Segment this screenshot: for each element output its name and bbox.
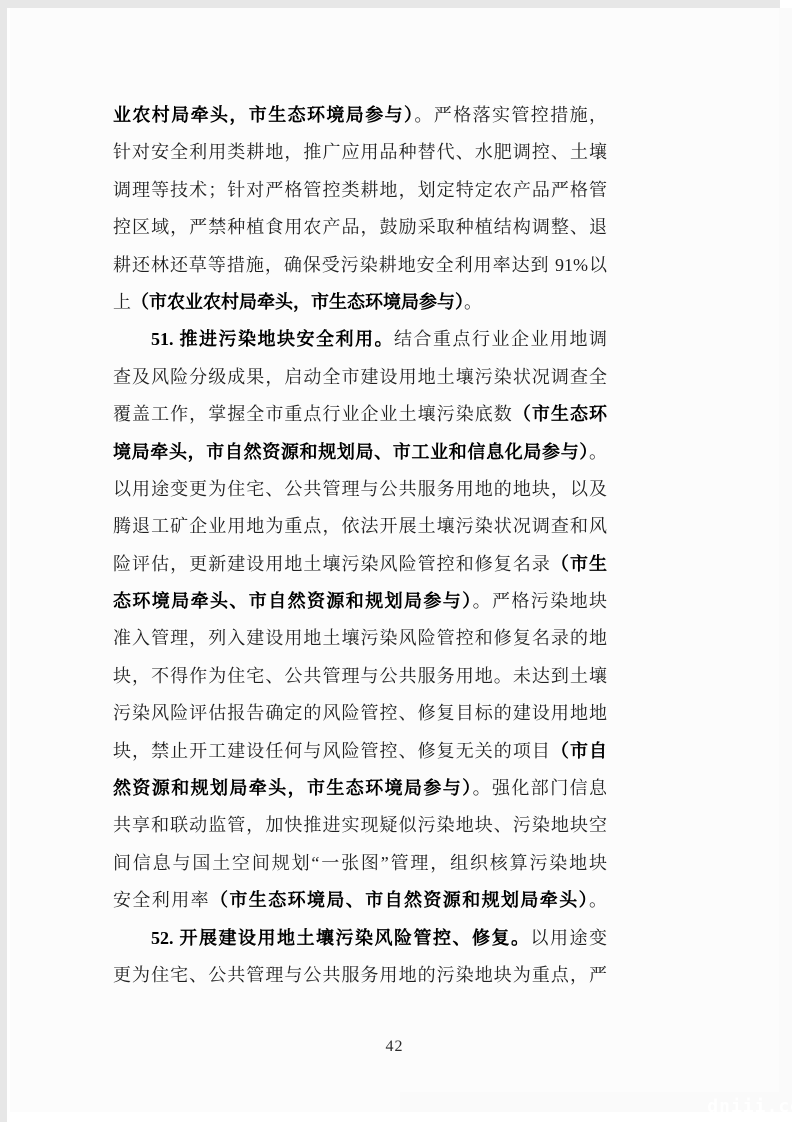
text-run: 块，禁止开工建设任何与风险管控、修复无关的项目 xyxy=(113,741,551,761)
page-number: 42 xyxy=(10,1038,779,1056)
text-line-5: 耕还林还草等措施，确保受污染耕地安全利用率达到 91%以 xyxy=(113,247,607,284)
text-line-14: 态环境局牵头、市自然资源和规划局参与）。严格污染地块 xyxy=(113,583,607,620)
text-run: 以用途变更为住宅、公共管理与公共服务用地的地块，以及 xyxy=(113,479,607,499)
text-run: 安全利用率 xyxy=(113,890,210,910)
document-viewport: 业农村局牵头，市生态环境局参与）。严格落实管控措施，针对安全利用类耕地，推广应用… xyxy=(0,0,792,1122)
bold-text-run: （市生态环境局、市自然资源和规划局牵头） xyxy=(210,890,589,910)
text-line-8: 查及风险分级成果，启动全市建设用地土壤污染状况调查全 xyxy=(113,359,607,396)
text-run: 更为住宅、公共管理与公共服务用地的污染地块为重点，严 xyxy=(113,965,607,985)
text-line-9: 覆盖工作，掌握全市重点行业企业土壤污染底数（市生态环 xyxy=(113,396,607,433)
bold-text-run: 52. 开展建设用地土壤污染风险管控、修复。 xyxy=(151,928,531,948)
bold-text-run: 然资源和规划局牵头，市生态环境局参与） xyxy=(113,778,473,798)
text-line-4: 控区域，严禁种植食用农产品，鼓励采取种植结构调整、退 xyxy=(113,209,607,246)
document-page: 业农村局牵头，市生态环境局参与）。严格落实管控措施，针对安全利用类耕地，推广应用… xyxy=(10,8,779,1112)
text-line-15: 准入管理，列入建设用地土壤污染风险管控和修复名录的地 xyxy=(113,620,607,657)
bold-text-run: （市生态环 xyxy=(513,404,607,424)
text-line-23: 52. 开展建设用地土壤污染风险管控、修复。以用途变 xyxy=(113,920,607,957)
text-line-2: 针对安全利用类耕地，推广应用品种替代、水肥调控、土壤 xyxy=(113,134,607,171)
bold-text-run: （市生 xyxy=(551,554,607,574)
text-run: 。严格污染地块 xyxy=(473,591,607,611)
text-line-6: 上（市农业农村局牵头，市生态环境局参与）。 xyxy=(113,284,607,321)
text-run: 共享和联动监管，加快推进实现疑似污染地块、污染地块空 xyxy=(113,815,607,835)
text-run: 耕还林还草等措施，确保受污染耕地安全利用率达到 91%以 xyxy=(113,255,607,275)
text-line-7: 51. 推进污染地块安全利用。结合重点行业企业用地调 xyxy=(113,321,607,358)
watermark: dniii.co xyxy=(707,1096,792,1117)
text-run: 。 xyxy=(464,292,482,312)
text-line-11: 以用途变更为住宅、公共管理与公共服务用地的地块，以及 xyxy=(113,471,607,508)
text-run: 查及风险分级成果，启动全市建设用地土壤污染状况调查全 xyxy=(113,367,607,387)
text-run: 污染风险评估报告确定的风险管控、修复目标的建设用地地 xyxy=(113,703,607,723)
text-line-12: 腾退工矿企业用地为重点，依法开展土壤污染状况调查和风 xyxy=(113,508,607,545)
text-run: 。 xyxy=(589,442,607,462)
text-line-19: 然资源和规划局牵头，市生态环境局参与）。强化部门信息 xyxy=(113,770,607,807)
text-run: 腾退工矿企业用地为重点，依法开展土壤污染状况调查和风 xyxy=(113,516,607,536)
text-line-3: 调理等技术；针对严格管控类耕地，划定特定农产品严格管 xyxy=(113,172,607,209)
text-run: 以用途变 xyxy=(531,928,608,948)
text-block: 业农村局牵头，市生态环境局参与）。严格落实管控措施，针对安全利用类耕地，推广应用… xyxy=(113,97,607,994)
bold-text-run: 境局牵头，市自然资源和规划局、市工业和信息化局参与） xyxy=(113,442,589,462)
bold-text-run: （市农业农村局牵头，市生态环境局参与） xyxy=(131,292,464,312)
bold-text-run: 业农村局牵头，市生态环境局参与） xyxy=(113,105,414,125)
text-run: 。严格落实管控措施， xyxy=(414,105,607,125)
text-line-18: 块，禁止开工建设任何与风险管控、修复无关的项目（市自 xyxy=(113,733,607,770)
text-run: 块，不得作为住宅、公共管理与公共服务用地。未达到土壤 xyxy=(113,666,607,686)
page-edge-top xyxy=(0,0,780,8)
text-run: 。 xyxy=(589,890,607,910)
text-line-13: 险评估，更新建设用地土壤污染风险管控和修复名录（市生 xyxy=(113,546,607,583)
text-line-22: 安全利用率（市生态环境局、市自然资源和规划局牵头）。 xyxy=(113,882,607,919)
text-run: 准入管理，列入建设用地土壤污染风险管控和修复名录的地 xyxy=(113,628,607,648)
text-run: 。强化部门信息 xyxy=(473,778,607,798)
text-line-1: 业农村局牵头，市生态环境局参与）。严格落实管控措施， xyxy=(113,97,607,134)
text-run: 间信息与国土空间规划“一张图”管理，组织核算污染地块 xyxy=(113,853,607,873)
text-run: 覆盖工作，掌握全市重点行业企业土壤污染底数 xyxy=(113,404,513,424)
bold-text-run: 51. 推进污染地块安全利用。 xyxy=(151,329,394,349)
text-line-20: 共享和联动监管，加快推进实现疑似污染地块、污染地块空 xyxy=(113,807,607,844)
page-edge-left xyxy=(0,0,7,1122)
text-run: 调理等技术；针对严格管控类耕地，划定特定农产品严格管 xyxy=(113,180,607,200)
text-run: 险评估，更新建设用地土壤污染风险管控和修复名录 xyxy=(113,554,551,574)
text-run: 上 xyxy=(113,292,131,312)
text-run: 针对安全利用类耕地，推广应用品种替代、水肥调控、土壤 xyxy=(113,142,607,162)
bold-text-run: 态环境局牵头、市自然资源和规划局参与） xyxy=(113,591,473,611)
page-edge-right xyxy=(779,8,792,1112)
text-line-10: 境局牵头，市自然资源和规划局、市工业和信息化局参与）。 xyxy=(113,434,607,471)
text-line-16: 块，不得作为住宅、公共管理与公共服务用地。未达到土壤 xyxy=(113,658,607,695)
text-run: 控区域，严禁种植食用农产品，鼓励采取种植结构调整、退 xyxy=(113,217,607,237)
bold-text-run: （市自 xyxy=(551,741,607,761)
text-line-17: 污染风险评估报告确定的风险管控、修复目标的建设用地地 xyxy=(113,695,607,732)
text-line-21: 间信息与国土空间规划“一张图”管理，组织核算污染地块 xyxy=(113,845,607,882)
text-line-24: 更为住宅、公共管理与公共服务用地的污染地块为重点，严 xyxy=(113,957,607,994)
text-run: 结合重点行业企业用地调 xyxy=(394,329,607,349)
